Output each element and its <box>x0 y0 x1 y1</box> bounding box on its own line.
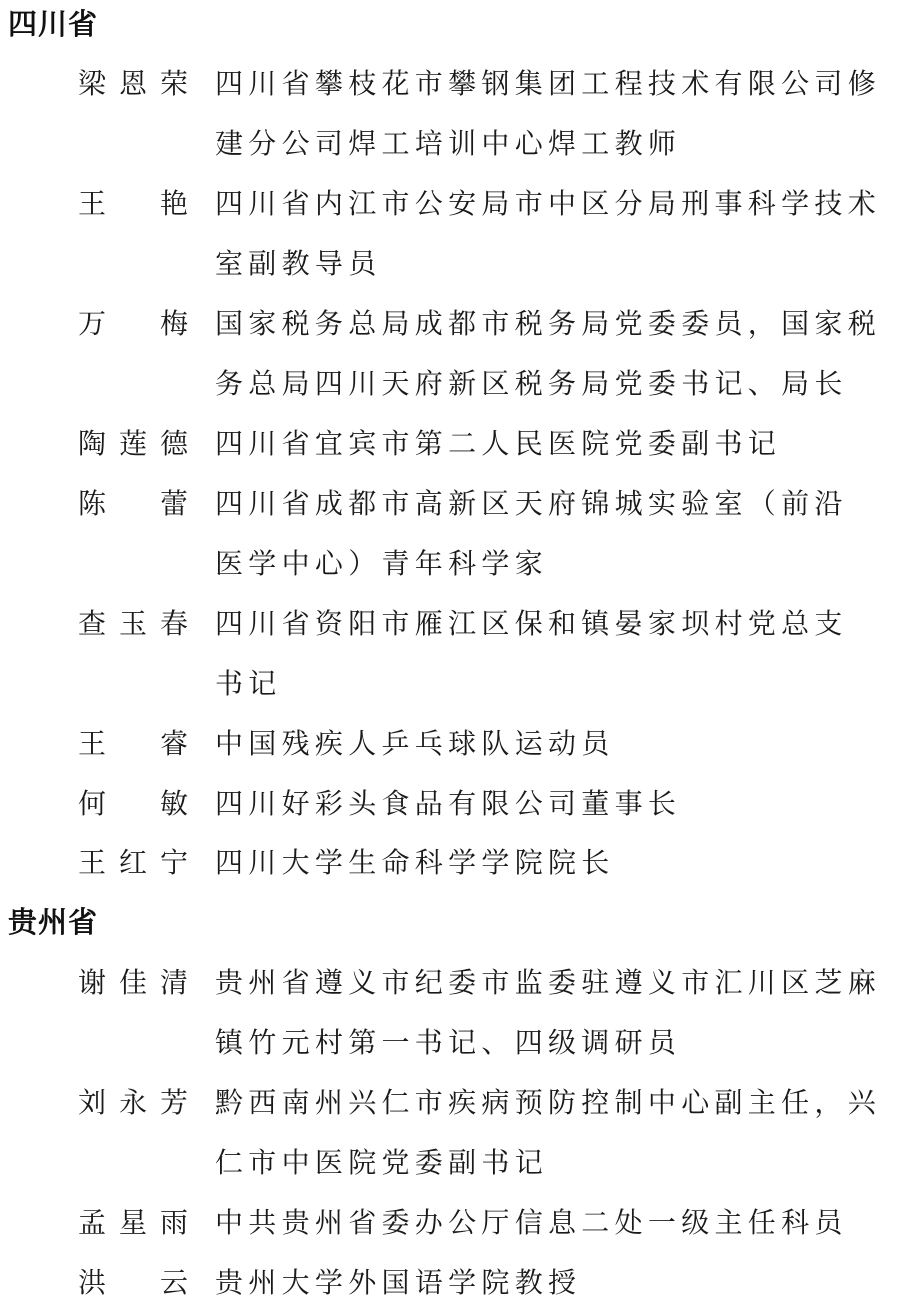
position-description: 室副教导员 <box>215 244 382 284</box>
person-name: 王睿 <box>78 724 188 764</box>
position-description: 贵州省遵义市纪委市监委驻遵义市汇川区芝麻 <box>215 963 881 1003</box>
position-description: 黔西南州兴仁市疾病预防控制中心副主任，兴 <box>215 1083 881 1123</box>
position-description: 四川省内江市公安局市中区分局刑事科学技术 <box>215 184 881 224</box>
person-name: 王红宁 <box>78 843 188 883</box>
position-description: 四川省攀枝花市攀钢集团工程技术有限公司修 <box>215 64 881 104</box>
person-name: 孟星雨 <box>78 1203 188 1243</box>
section-heading-sichuan: 四川省 <box>8 4 98 44</box>
position-description: 四川大学生命科学学院院长 <box>215 843 615 883</box>
position-description: 镇竹元村第一书记、四级调研员 <box>215 1023 681 1063</box>
person-name: 陈蕾 <box>78 484 188 524</box>
position-description: 四川好彩头食品有限公司董事长 <box>215 784 681 824</box>
person-name: 谢佳清 <box>78 963 188 1003</box>
person-name: 陶莲德 <box>78 424 188 464</box>
position-description: 四川省宜宾市第二人民医院党委副书记 <box>215 424 781 464</box>
position-description: 贵州大学外国语学院教授 <box>215 1263 581 1303</box>
person-name: 洪云 <box>78 1263 188 1303</box>
person-name: 查玉春 <box>78 604 188 644</box>
section-heading-guizhou: 贵州省 <box>8 902 98 942</box>
position-description: 仁市中医院党委副书记 <box>215 1143 548 1183</box>
person-name: 梁恩荣 <box>78 64 188 104</box>
position-description: 医学中心）青年科学家 <box>215 544 548 584</box>
position-description: 建分公司焊工培训中心焊工教师 <box>215 124 681 164</box>
person-name: 刘永芳 <box>78 1083 188 1123</box>
person-name: 何敏 <box>78 784 188 824</box>
person-name: 万梅 <box>78 304 188 344</box>
position-description: 中国残疾人乒乓球队运动员 <box>215 724 615 764</box>
position-description: 国家税务总局成都市税务局党委委员，国家税 <box>215 304 881 344</box>
position-description: 务总局四川天府新区税务局党委书记、局长 <box>215 364 848 404</box>
person-name: 王艳 <box>78 184 188 224</box>
position-description: 四川省资阳市雁江区保和镇晏家坝村党总支 <box>215 604 848 644</box>
position-description: 书记 <box>215 664 282 704</box>
position-description: 四川省成都市高新区天府锦城实验室（前沿 <box>215 484 848 524</box>
position-description: 中共贵州省委办公厅信息二处一级主任科员 <box>215 1203 848 1243</box>
